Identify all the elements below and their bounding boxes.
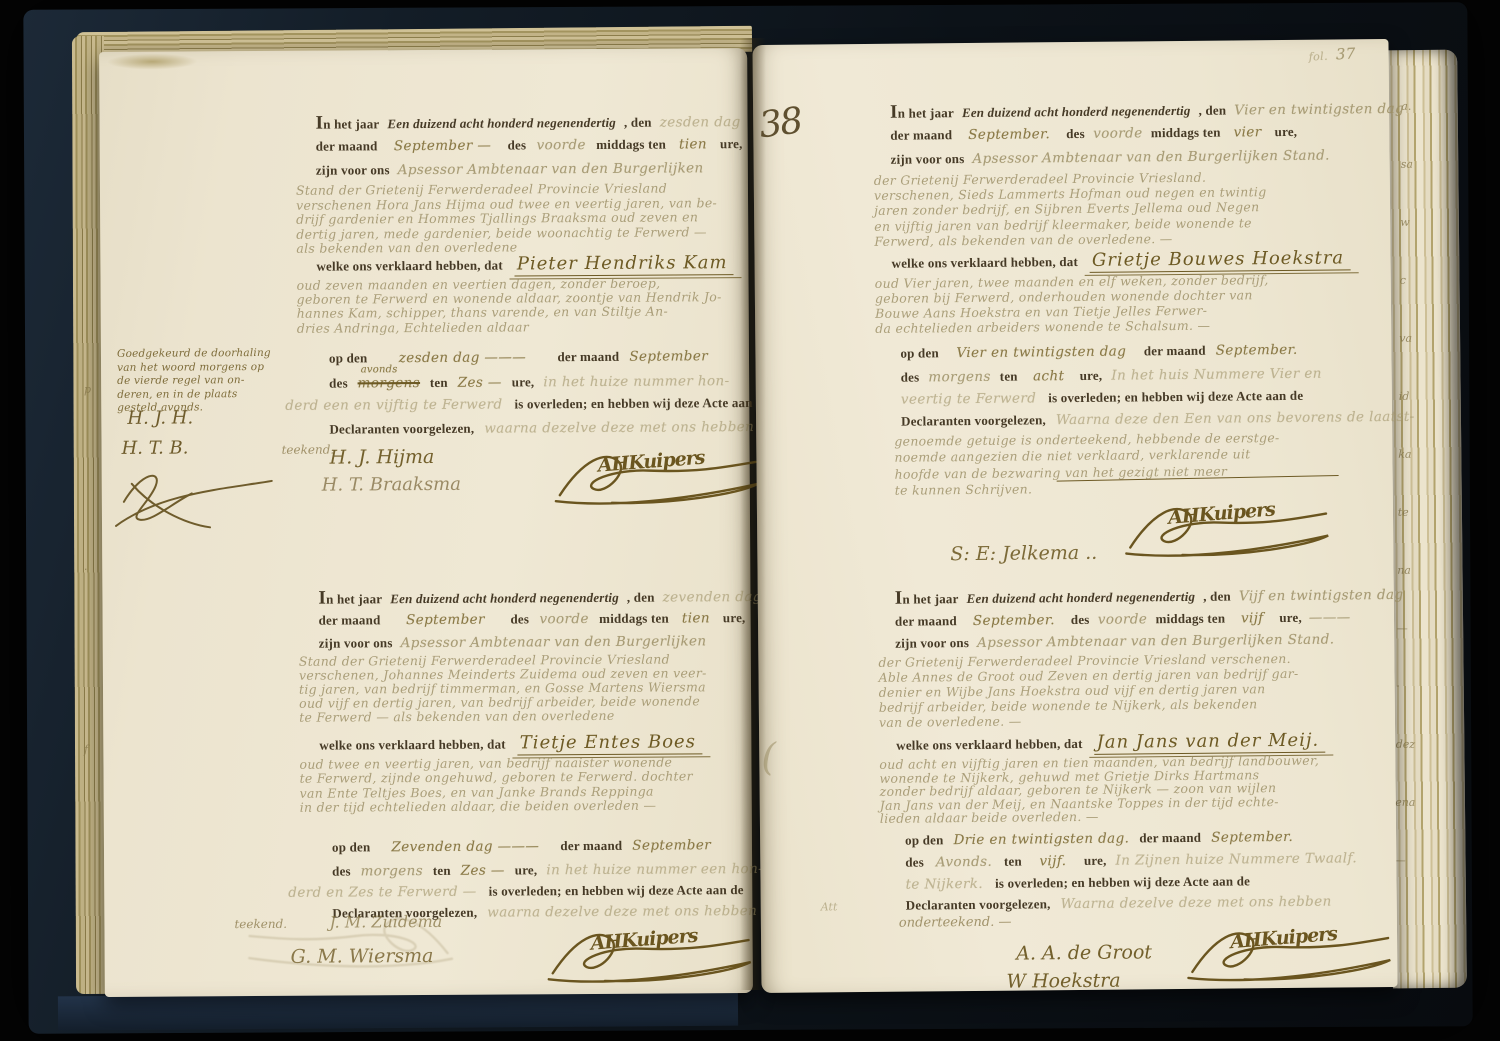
folio-number-text: 37 [1335,44,1356,63]
declarant-signature-1: A. A. de Groot [1016,941,1152,964]
handwritten-closing: waarna dezelve deze met ons hebben ver- [484,419,787,437]
printed-der-maand: der maand [319,612,381,628]
handwritten-official: Apsessor Ambtenaar van den Burgerlijken [401,633,707,651]
handwritten-death-month: September. [1211,829,1293,846]
handwritten-place: te Nijkerk. [905,876,983,893]
record-officials-line: zijn voor ons Apsessor Ambtenaar van den… [895,632,1334,652]
death-date-line: op den Drie en twintigsten dag. der maan… [905,829,1293,849]
printed-verklaard: welke ons verklaard hebben, dat [891,254,1078,272]
record-declaration-line: welke ons verklaard hebben, dat Pieter H… [316,252,733,278]
printed-zijn-voor-ons: zijn voor ons [316,162,390,178]
margin-paraph-flourish-icon [110,461,280,536]
handwritten-witness-block: Stand der Grietenij Ferwerderadeel Provi… [299,652,739,724]
printed-opening-3: , den [627,590,655,606]
record-date-line: der maand September des voorde middags t… [319,610,746,629]
handwritten-place: derd een en vijftig te Ferwerd [285,397,502,414]
registrar-signature: AHKuipers [1122,498,1333,564]
printed-voorgelezen: Declaranten voorgelezen, [906,896,1051,913]
printed-ten: ten [430,375,448,391]
handwritten-closing: Waarna deze den Een van ons bevorens de … [1056,409,1415,428]
printed-des: des [329,375,348,391]
deceased-name: Grietje Bouwes Hoekstra [1090,247,1350,272]
printed-is-overleden: is overleden; en hebben wij deze Acte aa… [514,395,769,413]
overleden-line: veertig te Ferwerd is overleden; en hebb… [901,388,1304,408]
printed-ure: ure, [515,862,538,878]
record-date-line: der maand September. des voorde middags … [890,124,1297,144]
handwritten-deceased-block: oud zeven maanden en veertien dagen, zon… [297,276,737,335]
printed-opening-1: In het jaar [890,101,954,124]
printed-ure: ure, [512,374,535,390]
printed-ten: ten [433,863,451,879]
deceased-name: Tietje Entes Boes [518,731,702,755]
handwritten-daypart: voorde [536,611,592,627]
printed-verklaard: welke ons verklaard hebben, dat [896,736,1083,754]
record-opening-line: In het jaar Een duizend acht honderd neg… [315,110,740,135]
voorgelezen-line: Declaranten voorgelezen, waarna dezelve … [329,419,787,438]
declarant-signature-1: S: E: Jelkema .. [950,542,1097,565]
printed-zijn-voor-ons: zijn voor ons [895,635,969,652]
handwritten-daypart: voorde [1092,125,1144,141]
handwritten-month: September [387,612,503,629]
printed-opening-1: In het jaar [315,112,379,134]
margin-annotation: Goedgekeurd de doorhaling van het woord … [117,347,297,416]
overleden-line: derd een en vijftig te Ferwerd is overle… [285,395,769,414]
printed-des: des [1066,126,1085,142]
handwritten-witness-block: der Grietenij Ferwerderadeel Provincie V… [878,650,1359,730]
printed-des: des [901,369,920,385]
voorgelezen-line: Declaranten voorgelezen, Waarna dezelve … [906,894,1332,914]
printed-voorgelezen: Declaranten voorgelezen, [901,412,1046,429]
printed-ure: ure, [720,136,743,152]
handwritten-death-month: September. [1216,342,1298,359]
printed-ten: ten [1004,854,1022,870]
handwritten-deceased-block: oud Vier jaren, twee maanden en elf weke… [875,271,1346,336]
printed-der-maand: der maand [890,127,952,144]
registrar-signature: AHKuipers [1184,922,1395,988]
printed-is-overleden: is overleden; en hebben wij deze Acte aa… [995,873,1250,891]
margin-mark: Att [821,900,838,913]
handwritten-day: zesden dag [660,114,741,130]
handwritten-hour: tien [676,610,716,626]
handwritten-daypart: voorde [1096,611,1148,627]
handwritten-death-hour: vijf. [1031,853,1075,869]
printed-ure: ure, [1279,610,1302,626]
printed-is-overleden: is overleden; en hebben wij deze Acte aa… [489,882,744,900]
printed-des: des [332,863,351,879]
record-declaration-line: welke ons verklaard hebben, dat Tietje E… [319,731,702,756]
deceased-name: Jan Jans van der Meij. [1094,730,1325,755]
handwritten-death-month: September [632,837,711,853]
handwritten-hour: vier [1228,124,1268,140]
handwritten-official: Apsessor Ambtenaar van den Burgerlijken [398,160,704,178]
handwritten-house: in het huize nummer een hon- [546,861,763,878]
printed-verklaard: welke ons verklaard hebben, dat [319,737,506,754]
handwritten-closing-2: onderteekend. — [899,915,1012,931]
handwritten-death-day: Zevenden dag ——— [380,838,550,855]
register-book-photo: a. sa w c va id ka te na — · dez ena — p… [0,0,1500,1041]
declarant-signature-1: H. J. Hijma [330,446,435,469]
printed-op-den: op den [900,345,939,361]
overleden-line: te Nijkerk. is overleden; en hebben wij … [905,873,1250,892]
handwritten-hour: tien [673,136,713,152]
handwritten-daypart: morgens [928,369,991,386]
handwritten-closing: Waarna dezelve deze met ons hebben [1061,894,1332,913]
handwritten-daypart: voorde [533,137,589,153]
handwritten-day: Vier en twintigsten dag [1234,101,1404,119]
handwritten-closing: waarna dezelve deze met ons hebben ver- [487,903,790,921]
handwritten-daypart: Avonds. [933,854,995,871]
death-hour-line: des morgensavonds ten Zes — ure, in het … [329,373,730,391]
record-opening-line: In het jaar Een duizend acht honderd neg… [895,583,1404,610]
struck-word: morgensavonds [357,375,421,391]
overleden-line: derd en Zes te Ferwerd — is overleden; e… [288,882,744,901]
declarant-signature-2: H. T. Braaksma [322,474,461,496]
printed-middags-ten: middags ten [599,611,669,627]
printed-ure: ure, [1084,853,1107,869]
printed-opening-2: Een duizend acht honderd negenendertig [962,103,1191,121]
handwritten-death-day: Vier en twintigsten dag [949,343,1134,361]
printed-opening-1: In het jaar [318,587,382,609]
record-opening-line: In het jaar Een duizend acht honderd neg… [890,97,1404,124]
record-officials-line: zijn voor ons Apsessor Ambtenaar van den… [316,160,704,178]
printed-zijn-voor-ons: zijn voor ons [890,151,964,168]
printed-ure: ure, [1080,368,1103,384]
handwritten-official: Apsessor Ambtenaar van den Burgerlijken … [972,148,1329,167]
handwritten-death-hour: Zes — [460,863,506,879]
printed-der-maand: der maand [1139,830,1201,847]
printed-middags-ten: middags ten [1155,611,1225,628]
folio-prefix: fol. [1308,50,1328,64]
printed-des: des [510,611,529,627]
printed-der-maand: der maand [560,838,622,854]
record-declaration-line: welke ons verklaard hebben, dat Grietje … [891,247,1350,274]
printed-der-maand: der maand [895,613,957,630]
record-date-line: der maand September — des voorde middags… [316,136,743,155]
printed-opening-3: , den [1198,103,1226,119]
printed-der-maand: der maand [1144,343,1206,360]
folio-number: fol. 37 [1308,44,1356,64]
death-date-line: op den Zevenden dag ——— der maand Septem… [332,837,711,855]
death-hour-line: des morgens ten acht ure, In het huis Nu… [901,366,1322,386]
page-edge-text-fragments-right: a. sa w c va id ka te na — · dez ena — [1394,78,1461,890]
handwritten-house: In Zijnen huize Nummere Twaalf. [1115,850,1357,868]
handwritten-closing-2: teekend. [282,443,335,457]
printed-opening-1: In het jaar [895,587,959,610]
printed-ure: ure, [1275,124,1298,140]
printed-middags-ten: middags ten [1151,125,1221,142]
handwritten-day: zevenden dag [663,589,762,606]
handwritten-death-day: zesden dag ——— [377,349,547,366]
handwritten-hour: vijf [1232,610,1272,626]
handwritten-deceased-block: oud acht en vijftig jaren en tien maande… [879,753,1370,826]
printed-ten: ten [1000,369,1018,385]
handwritten-house: in het huize nummer hon- [543,373,729,390]
printed-opening-2: Een duizend acht honderd negenendertig [387,115,616,132]
record-date-line: der maand September. des voorde middags … [895,609,1351,629]
death-date-line: op den Vier en twintigsten dag der maand… [900,342,1297,362]
handwritten-day: Vijf en twintigsten dag [1239,587,1404,605]
printed-opening-3: , den [624,115,652,131]
worn-corner-stain [107,53,197,70]
registrar-signature: AHKuipers [544,924,754,989]
declarant-signature-2: W Hoekstra [1006,970,1120,993]
registrar-signature: AHKuipers [552,446,762,511]
printed-zijn-voor-ons: zijn voor ons [319,635,393,651]
handwritten-official: Apsessor Ambtenaar van den Burgerlijken … [977,632,1334,651]
printed-des: des [905,854,924,870]
book-cover-bottom [58,992,738,1031]
handwritten-deceased-block: oud twee en veertig jaren, van bedrijf n… [299,755,739,815]
handwritten-death-hour: Zes — [457,375,503,391]
record-opening-line: In het jaar Een duizend acht honderd neg… [318,585,761,610]
printed-op-den: op den [332,839,371,855]
handwritten-place: derd en Zes te Ferwerd — [288,884,476,901]
right-page: fol. 37 38 ( Att In het jaar Een duizend… [752,39,1397,993]
printed-ure: ure, [723,610,746,626]
handwritten-death-month: September [629,348,708,364]
handwritten-line-tail: ——— [1309,609,1351,625]
left-page: Goedgekeurd de doorhaling van het woord … [99,48,753,997]
record-officials-line: zijn voor ons Apsessor Ambtenaar van den… [319,633,707,651]
printed-voorgelezen: Declaranten voorgelezen, [329,421,474,438]
handwritten-daypart: morgens [360,863,424,879]
handwritten-place: veertig te Ferwerd [901,390,1037,407]
margin-initials-2: H. T. B. [121,437,188,458]
handwritten-closing-block: genoemde getuige is onderteekend, hebben… [894,429,1365,499]
printed-opening-2: Een duizend acht honderd negenendertig [966,589,1195,607]
voorgelezen-line: Declaranten voorgelezen, Waarna deze den… [901,409,1415,430]
printed-des: des [508,137,527,153]
deceased-name: Pieter Hendriks Kam [515,252,734,276]
handwritten-month: September. [959,126,1059,143]
handwritten-death-day: Drie en twintigsten dag. [953,830,1129,848]
handwritten-house: In het huis Nummere Vier en [1111,366,1322,384]
record-officials-line: zijn voor ons Apsessor Ambtenaar van den… [890,148,1329,168]
printed-opening-3: , den [1203,589,1231,605]
printed-middags-ten: middags ten [596,137,666,153]
handwritten-death-hour: acht [1027,368,1071,384]
printed-verklaard: welke ons verklaard hebben, dat [316,258,503,275]
printed-is-overleden: is overleden; en hebben wij deze Acte aa… [1048,388,1303,406]
handwritten-month: September — [385,138,501,155]
printed-op-den: op den [905,832,944,848]
replacement-word: avonds [361,364,398,375]
death-hour-line: des morgens ten Zes — ure, in het huize … [332,861,763,880]
handwritten-month: September. [964,612,1064,629]
printed-der-maand: der maand [557,349,619,365]
struck-word-text: morgens [358,375,421,391]
printed-des: des [1071,612,1090,628]
handwritten-witness-block: der Grietenij Ferwerderadeel Provincie V… [874,168,1345,249]
printed-der-maand: der maand [316,138,378,154]
act-number: 38 [757,100,804,146]
printed-opening-2: Een duizend acht honderd negenendertig [390,590,619,607]
death-hour-line: des Avonds. ten vijf. ure, In Zijnen hui… [905,850,1357,870]
margin-initials-1: H. J. H. [127,407,193,428]
handwritten-witness-block: Stand der Grietenij Ferwerderadeel Provi… [296,181,736,257]
margin-brace: ( [761,735,776,779]
